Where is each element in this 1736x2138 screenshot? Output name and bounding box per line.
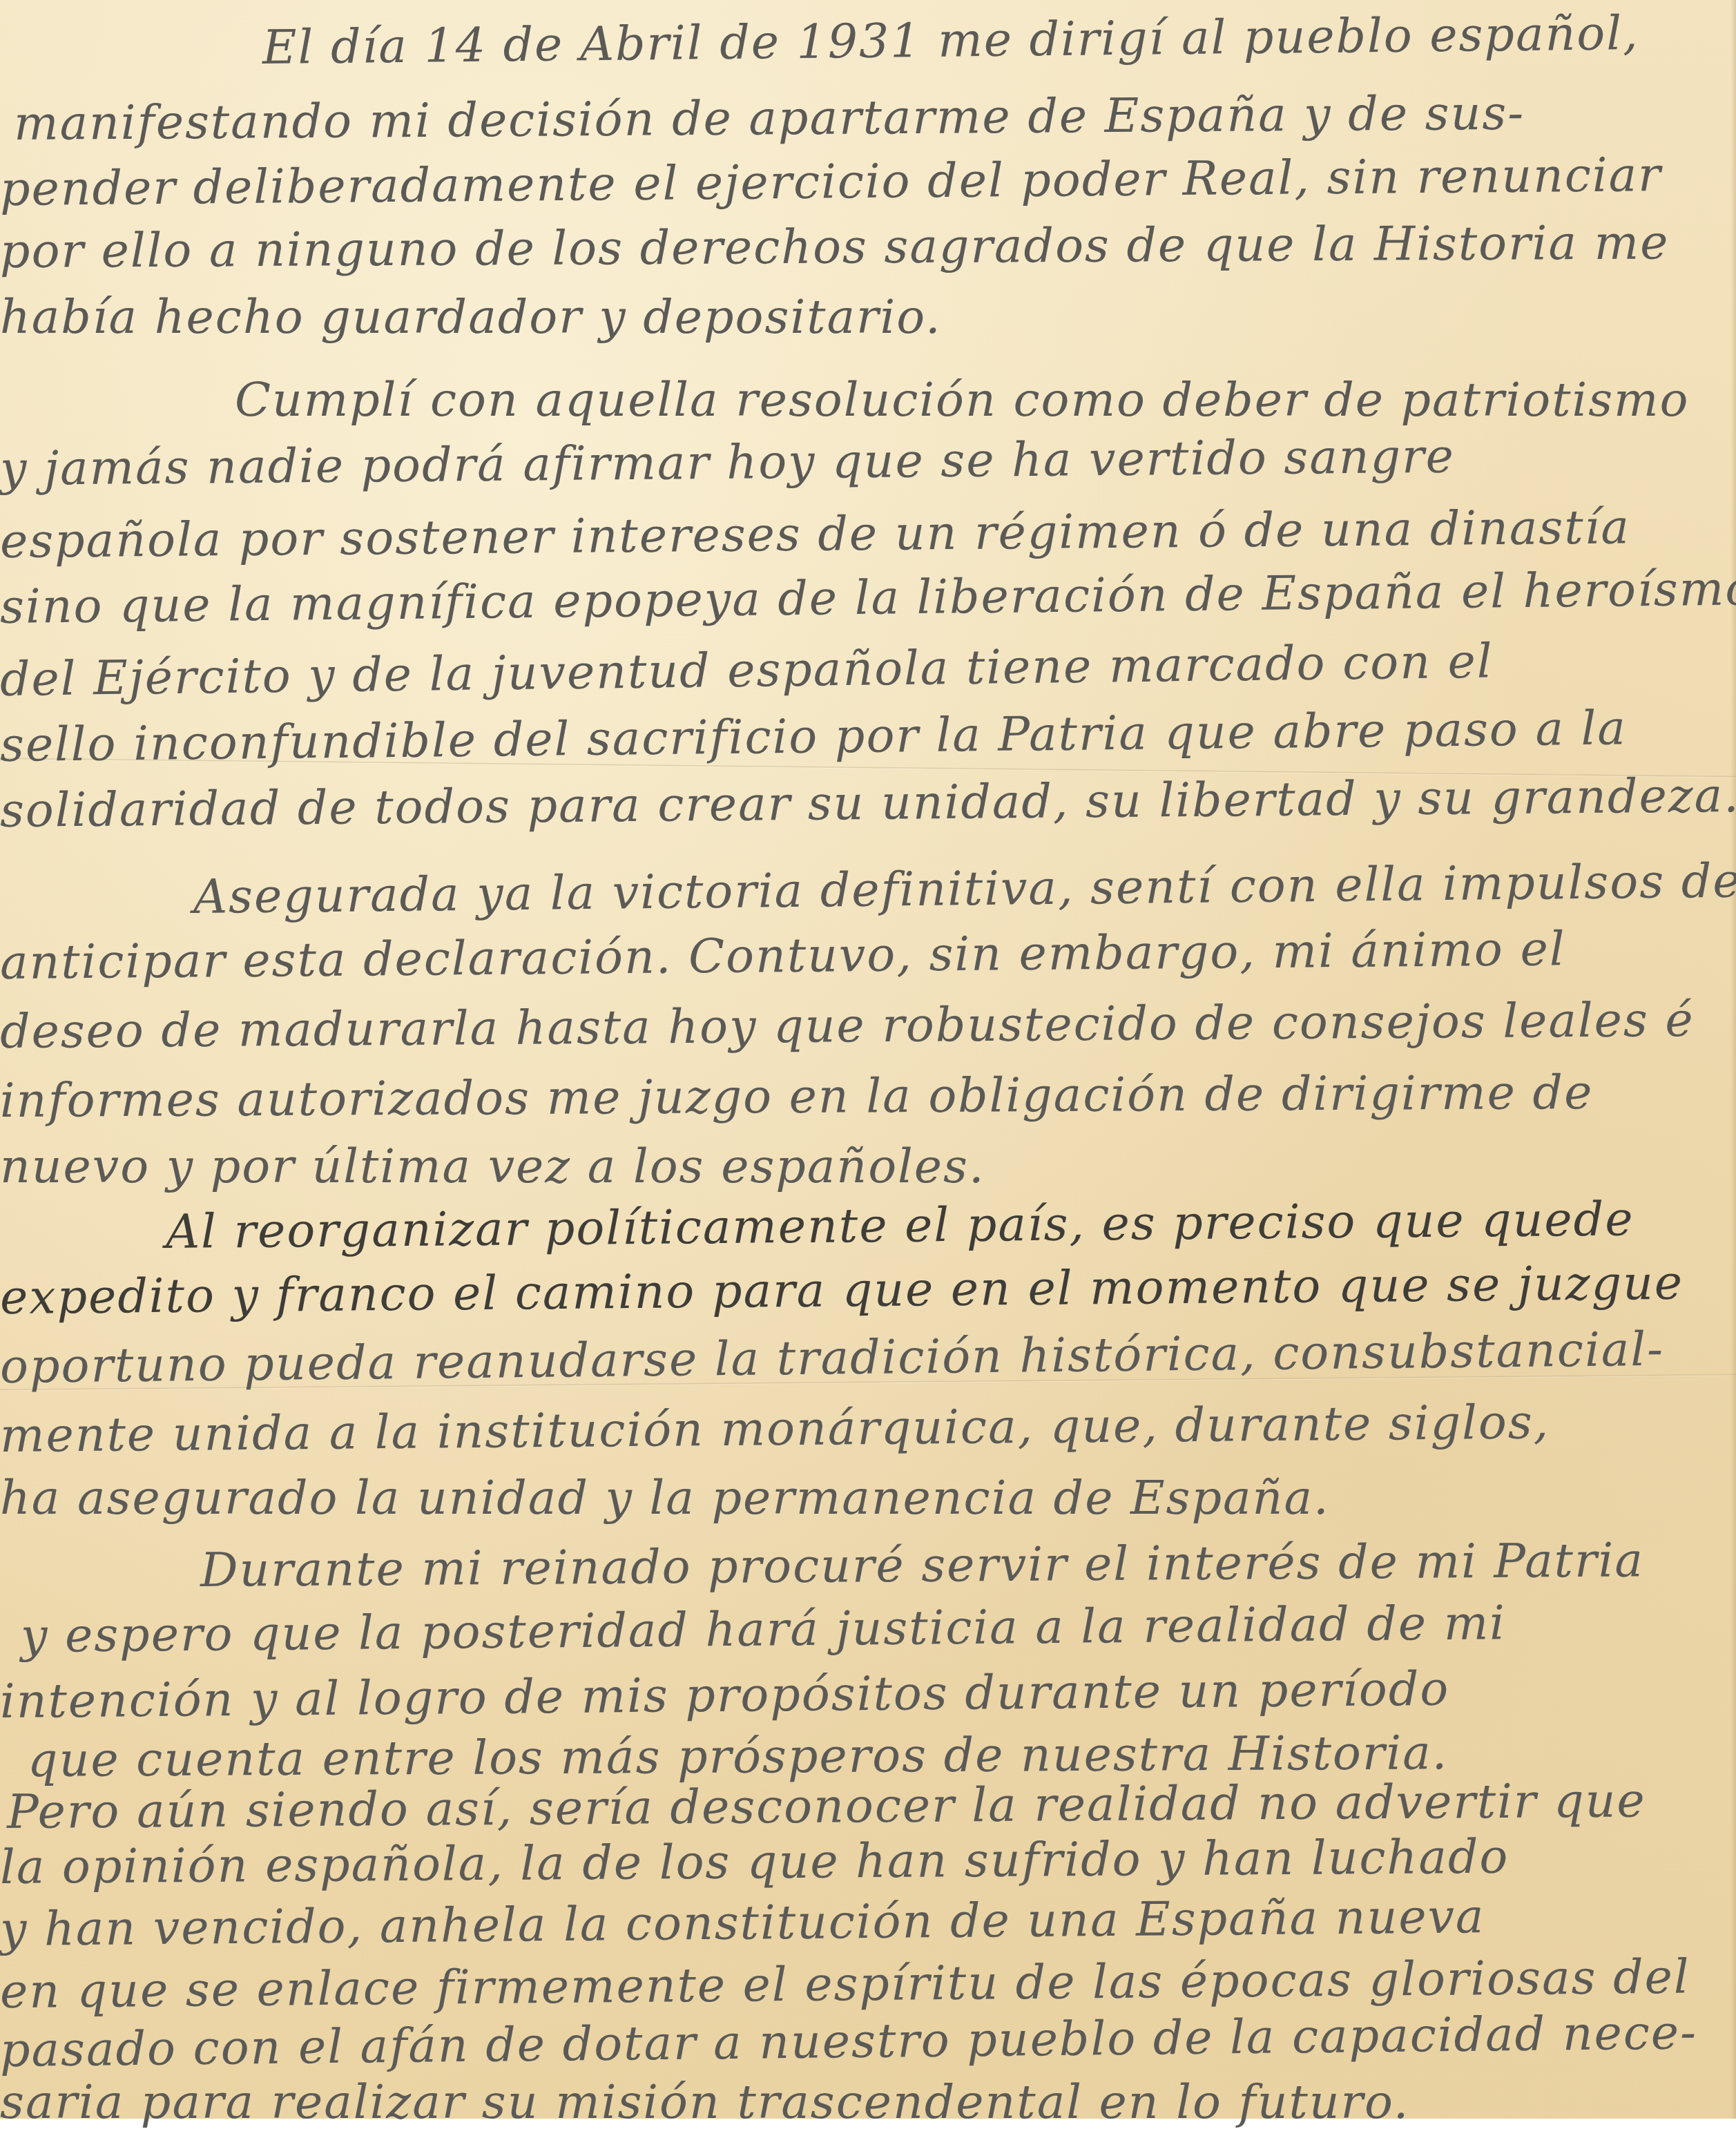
text-line: Durante mi reinado procuré servir el int… — [200, 1533, 1644, 1598]
text-line: anticipar esta declaración. Contuvo, sin… — [0, 922, 1566, 990]
text-line: la opinión española, la de los que han s… — [0, 1830, 1510, 1895]
text-line: Cumplí con aquella resolución como deber… — [235, 373, 1690, 427]
text-line: nuevo y por última vez a los españoles. — [0, 1139, 985, 1194]
paper-page: El día 14 de Abril de 1931 me dirigí al … — [0, 0, 1736, 2119]
text-line: del Ejército y de la juventud española t… — [0, 635, 1494, 707]
text-line: manifestando mi decisión de apartarme de… — [14, 86, 1525, 151]
text-line: Asegurada ya la victoria definitiva, sen… — [193, 854, 1736, 925]
text-line: sello inconfundible del sacrificio por l… — [0, 701, 1627, 773]
text-line: mente unida a la institución monárquica,… — [0, 1395, 1550, 1463]
text-line: había hecho guardador y depositario. — [0, 290, 942, 345]
text-line: por ello a ninguno de los derechos sagra… — [0, 215, 1669, 279]
text-line: española por sostener intereses de un ré… — [0, 500, 1630, 569]
text-line: pender deliberadamente el ejercicio del … — [0, 148, 1662, 217]
text-line: oportuno pueda reanudarse la tradición h… — [0, 1322, 1664, 1394]
text-line: saria para realizar su misión trascenden… — [0, 2075, 1409, 2130]
text-line: y espero que la posteridad hará justicia… — [21, 1596, 1507, 1664]
text-line: y han vencido, anhela la constitución de… — [0, 1889, 1485, 1957]
text-line: Al reorganizar políticamente el país, es… — [166, 1192, 1634, 1260]
text-line: ha asegurado la unidad y la permanencia … — [0, 1471, 1330, 1525]
text-line: intención y al logro de mis propósitos d… — [0, 1662, 1450, 1729]
text-line: deseo de madurarla hasta hoy que robuste… — [0, 993, 1695, 1059]
text-line: solidaridad de todos para crear su unida… — [0, 769, 1736, 838]
text-line: y jamás nadie podrá afirmar hoy que se h… — [0, 430, 1455, 497]
text-line: informes autorizados me juzgo en la obli… — [0, 1066, 1593, 1128]
paper-edge — [1730, 0, 1736, 2119]
text-line: sino que la magnífica epopeya de la libe… — [0, 561, 1736, 635]
text-line: Pero aún siendo así, sería desconocer la… — [7, 1773, 1646, 1840]
text-line: expedito y franco el camino para que en … — [0, 1256, 1684, 1325]
text-line: El día 14 de Abril de 1931 me dirigí al … — [262, 6, 1639, 75]
